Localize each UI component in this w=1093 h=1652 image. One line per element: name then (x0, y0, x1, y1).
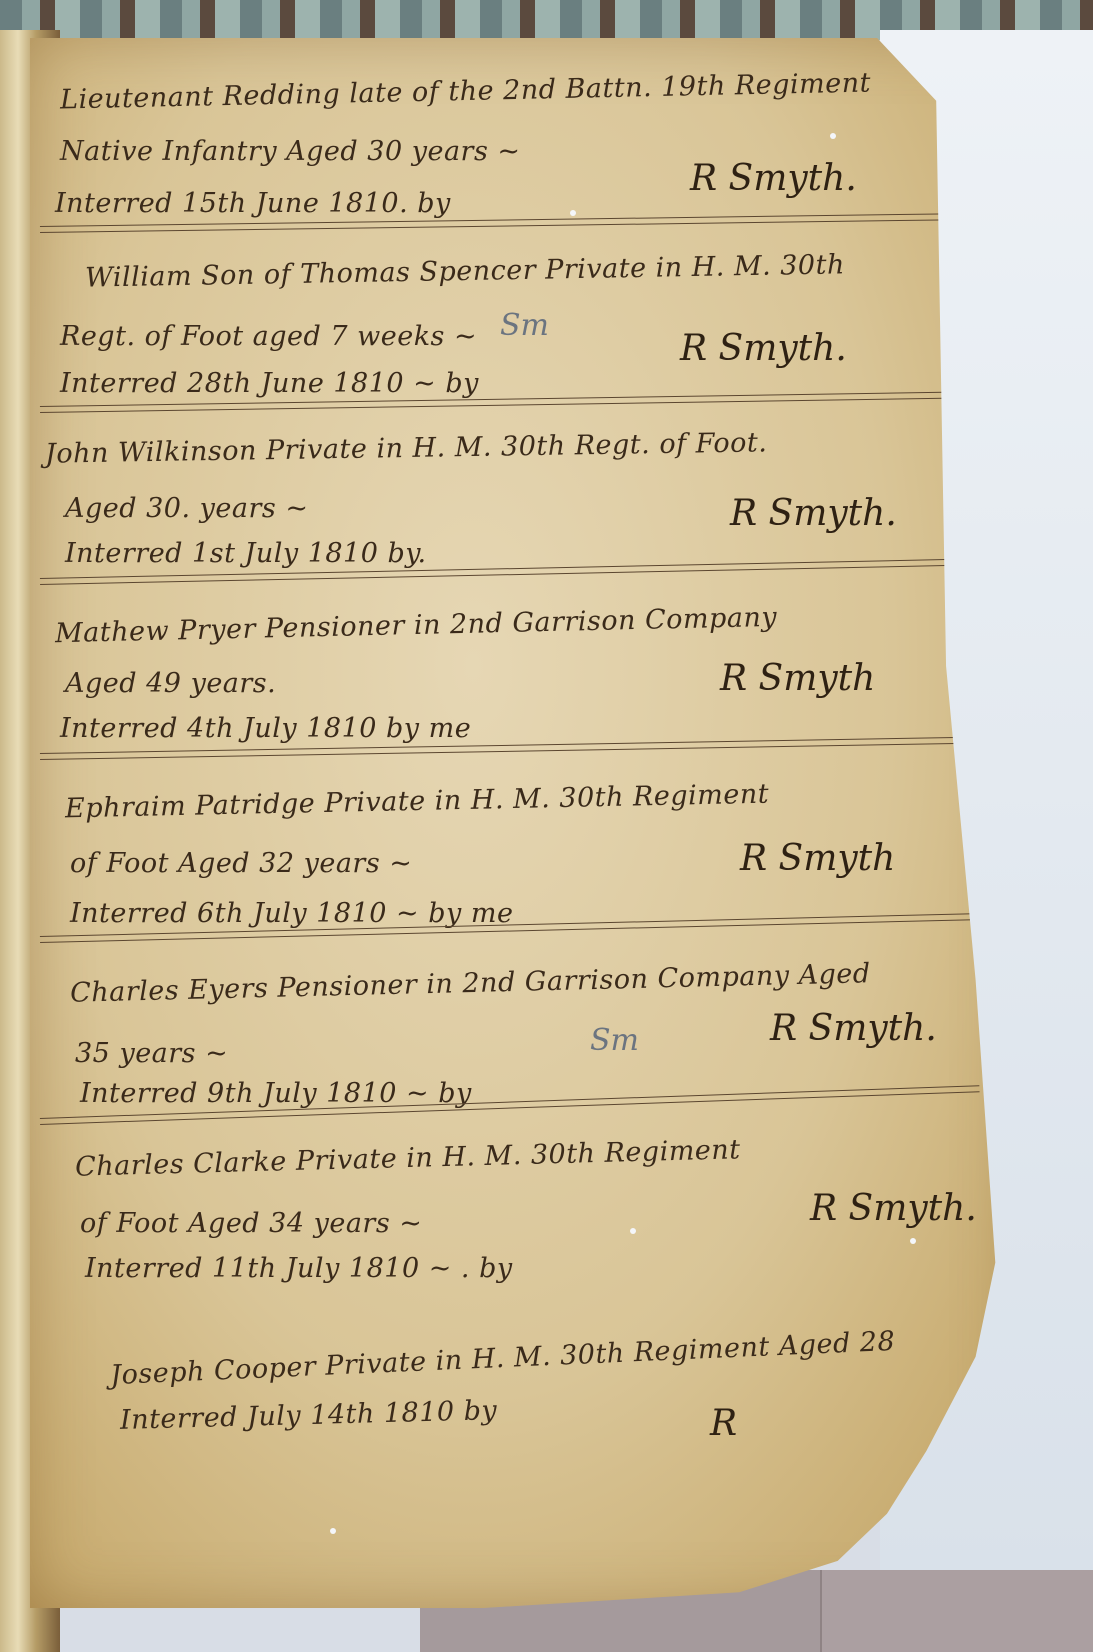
clergy-signature: R Smyth (740, 838, 895, 879)
entry-line: Charles Eyers Pensioner in 2nd Garrison … (70, 958, 871, 1009)
entry-line: Interred 15th June 1810. by (55, 188, 451, 219)
clergy-signature: R Smyth. (690, 158, 857, 199)
worm-hole (330, 1528, 336, 1534)
entry-line: Interred 4th July 1810 by me (60, 713, 471, 744)
entry-line: Joseph Cooper Private in H. M. 30th Regi… (110, 1326, 896, 1391)
entry-line: Native Infantry Aged 30 years ~ (60, 136, 521, 167)
register-page: Lieutenant Redding late of the 2nd Battn… (30, 38, 1015, 1608)
entry-line: Interred 6th July 1810 ~ by me (70, 898, 513, 929)
entry-line: Interred July 14th 1810 by (120, 1395, 498, 1436)
entry-line: Lieutenant Redding late of the 2nd Battn… (60, 68, 871, 116)
clergy-signature: R (710, 1403, 737, 1444)
entry-line: of Foot Aged 32 years ~ (70, 848, 412, 879)
entry-line: Aged 30. years ~ (65, 493, 308, 524)
entry-line: Ephraim Patridge Private in H. M. 30th R… (65, 779, 770, 825)
clergy-signature: R Smyth. (680, 328, 847, 369)
pencil-annotation: Sm (590, 1023, 639, 1058)
entry-line: William Son of Thomas Spencer Private in… (85, 249, 845, 293)
worm-hole (570, 210, 576, 216)
entry-line: of Foot Aged 34 years ~ (80, 1208, 422, 1239)
entry-line: 35 years ~ (75, 1038, 228, 1069)
entry-line: Mathew Pryer Pensioner in 2nd Garrison C… (55, 602, 778, 649)
clergy-signature: R Smyth. (730, 493, 897, 534)
worm-hole (630, 1228, 636, 1234)
clergy-signature: R Smyth. (770, 1008, 937, 1049)
entry-line: Aged 49 years. (65, 668, 276, 699)
worm-hole (830, 133, 836, 139)
entry-line: Charles Clarke Private in H. M. 30th Reg… (75, 1134, 741, 1182)
entry-line: Regt. of Foot aged 7 weeks ~ (60, 321, 477, 352)
clergy-signature: R Smyth. (810, 1188, 977, 1229)
entry-line: John Wilkinson Private in H. M. 30th Reg… (45, 427, 768, 469)
worm-hole (910, 1238, 916, 1244)
entry-line: Interred 28th June 1810 ~ by (60, 368, 479, 399)
entry-line: Interred 1st July 1810 by. (65, 538, 427, 569)
entry-line: Interred 11th July 1810 ~ . by (85, 1253, 513, 1284)
clergy-signature: R Smyth (720, 658, 875, 699)
pencil-annotation: Sm (500, 308, 549, 343)
